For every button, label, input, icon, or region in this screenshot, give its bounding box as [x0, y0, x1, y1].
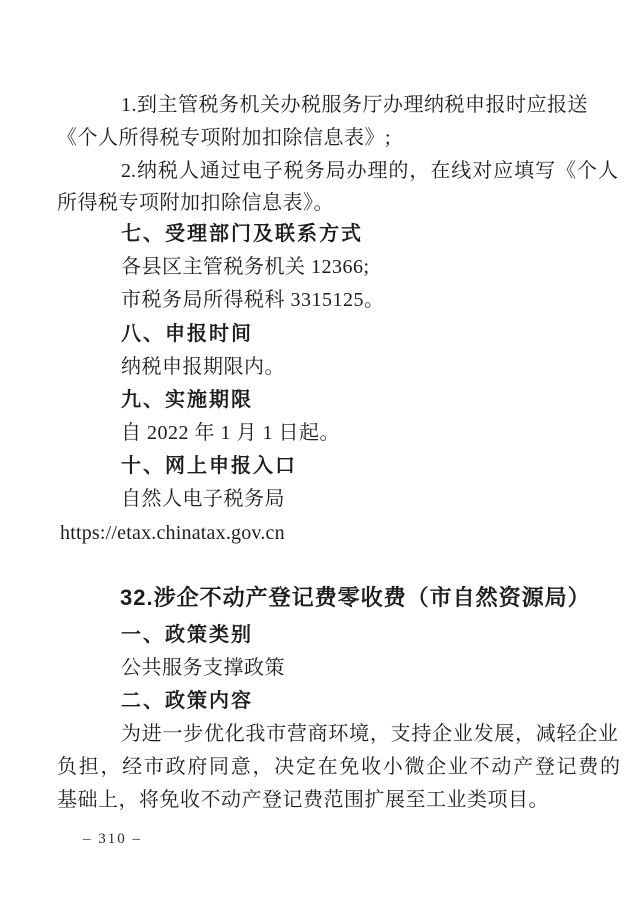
body-line-policy-category: 公共服务支撑政策 — [121, 654, 285, 682]
section-title-item-32: 32.涉企不动产登记费零收费（市自然资源局） — [120, 584, 591, 612]
url-text: https://etax.chinatax.gov.cn — [60, 519, 285, 547]
body-line-etax-1: 2.纳税人通过电子税务局办理的，在线对应填写《个人 — [121, 157, 618, 185]
body-line-filing-period: 纳税申报期限内。 — [121, 353, 285, 381]
body-line-portal-name: 自然人电子税务局 — [121, 485, 285, 513]
body-line-contact-city: 市税务局所得税科 3315125。 — [121, 286, 385, 314]
body-line-etax-2: 所得税专项附加扣除信息表》。 — [57, 189, 334, 217]
body-line-contact-county: 各县区主管税务机关 12366; — [121, 253, 370, 281]
document-page: 1.到主管税务机关办税服务厅办理纳税申报时应报送 《个人所得税专项附加扣除信息表… — [0, 0, 642, 907]
heading-implementation-period: 九、实施期限 — [121, 386, 253, 414]
body-line-filing-1: 1.到主管税务机关办税服务厅办理纳税申报时应报送 — [121, 91, 588, 119]
heading-filing-time: 八、申报时间 — [121, 320, 253, 348]
heading-online-filing-portal: 十、网上申报入口 — [121, 452, 297, 480]
heading-policy-content: 二、政策内容 — [121, 687, 253, 715]
heading-accepting-department: 七、受理部门及联系方式 — [121, 220, 363, 248]
body-line-policy-content-3: 基础上，将免收不动产登记费范围扩展至工业类项目。 — [57, 786, 549, 814]
body-line-policy-content-1: 为进一步优化我市营商环境，支持企业发展，减轻企业 — [121, 720, 618, 748]
heading-policy-category: 一、政策类别 — [121, 621, 253, 649]
body-line-filing-2: 《个人所得税专项附加扣除信息表》; — [57, 124, 391, 152]
page-number: – 310 – — [83, 831, 142, 848]
body-line-start-date: 自 2022 年 1 月 1 日起。 — [121, 419, 340, 447]
body-line-policy-content-2: 负担，经市政府同意，决定在免收小微企业不动产登记费的 — [57, 753, 620, 781]
